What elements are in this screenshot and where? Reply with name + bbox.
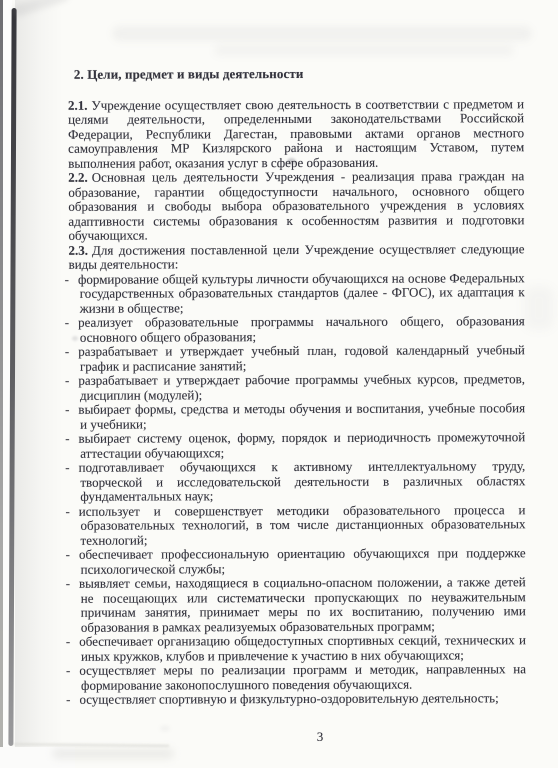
list-dash: -: [66, 634, 70, 649]
bleed-through-smudge: [524, 286, 554, 330]
scan-speck: [160, 726, 170, 731]
paragraph-2-1: 2.1.Учреждение осуществляет свою деятель…: [68, 97, 524, 171]
list-dash: -: [65, 503, 69, 518]
list-item-text: формирование общей культуры личности обу…: [78, 270, 525, 316]
list-item: -подготавливает обучающихся к активному …: [65, 459, 525, 504]
list-item: -выбирает систему оценок, форму, порядок…: [65, 430, 525, 461]
list-dash: -: [66, 692, 70, 707]
list-item-text: реализует образовательные программы нача…: [78, 313, 525, 344]
list-item-text: осуществляет меры по реализации программ…: [79, 661, 526, 692]
list-item: -обеспечивает организацию общедоступных …: [66, 633, 526, 664]
page-bottom-shadow: [52, 748, 174, 759]
list-item-text: разрабатывает и утверждает учебный план,…: [78, 342, 525, 373]
list-item: -реализует образовательные программы нач…: [65, 314, 525, 345]
list-item: -разрабатывает и утверждает рабочие прог…: [65, 372, 525, 403]
list-item-text: выявляет семьи, находящиеся в социально-…: [79, 574, 526, 634]
list-dash: -: [66, 547, 70, 562]
list-item-text: выбирает формы, средства и методы обучен…: [78, 400, 525, 431]
clause-number: 2.1.: [68, 97, 88, 112]
clause-text: Для достижения поставленной цели Учрежде…: [69, 241, 525, 272]
list-dash: -: [65, 315, 69, 330]
paragraph-2-3: 2.3.Для достижения поставленной цели Учр…: [68, 242, 524, 273]
list-item: -формирование общей культуры личности об…: [65, 271, 525, 316]
scanned-page: 2. Цели, предмет и виды деятельности 2.1…: [0, 0, 558, 768]
list-dash: -: [66, 663, 70, 678]
list-item: -выявляет семьи, находящиеся в социально…: [66, 575, 526, 635]
clause-text: Основная цель деятельности Учреждения - …: [68, 168, 524, 243]
page-number: 3: [310, 729, 330, 745]
list-dash: -: [65, 344, 69, 359]
clause-text: Учреждение осуществляет свою деятельност…: [68, 96, 524, 171]
list-dash: -: [65, 460, 69, 475]
bleed-through-smudge: [214, 45, 514, 56]
list-item-text: осуществляет спортивную и физкультурно-о…: [79, 690, 498, 706]
list-dash: -: [66, 576, 70, 591]
list-dash: -: [65, 431, 69, 446]
list-item-text: разрабатывает и утверждает рабочие прогр…: [78, 371, 525, 402]
list-item: -осуществляет спортивную и физкультурно-…: [66, 691, 526, 707]
bleed-through-smudge: [112, 26, 532, 41]
list-dash: -: [65, 402, 69, 417]
list-item: -выбирает формы, средства и методы обуче…: [65, 401, 525, 432]
section-heading: 2. Цели, предмет и виды деятельности: [74, 66, 524, 82]
page-left-shadow: [15, 0, 63, 748]
list-dash: -: [65, 373, 69, 388]
list-item: -обеспечивает профессиональную ориентаци…: [66, 546, 526, 577]
paragraph-2-2: 2.2.Основная цель деятельности Учреждени…: [68, 169, 524, 243]
list-item-text: использует и совершенствует методики обр…: [79, 502, 526, 548]
list-item-text: выбирает систему оценок, форму, порядок …: [78, 429, 525, 460]
list-item-text: подготавливает обучающихся к активному и…: [79, 458, 526, 504]
clause-number: 2.2.: [68, 170, 88, 185]
list-item: -разрабатывает и утверждает учебный план…: [65, 343, 525, 374]
clause-number: 2.3.: [68, 242, 88, 257]
list-item-text: обеспечивает организацию общедоступных с…: [79, 632, 526, 663]
list-item: -осуществляет меры по реализации програм…: [66, 662, 526, 693]
activities-list: -формирование общей культуры личности об…: [69, 271, 527, 708]
list-dash: -: [65, 271, 69, 286]
list-item-text: обеспечивает профессиональную ориентацию…: [79, 545, 526, 576]
list-item: -использует и совершенствует методики об…: [65, 503, 525, 548]
document-body: 2. Цели, предмет и виды деятельности 2.1…: [68, 66, 526, 707]
